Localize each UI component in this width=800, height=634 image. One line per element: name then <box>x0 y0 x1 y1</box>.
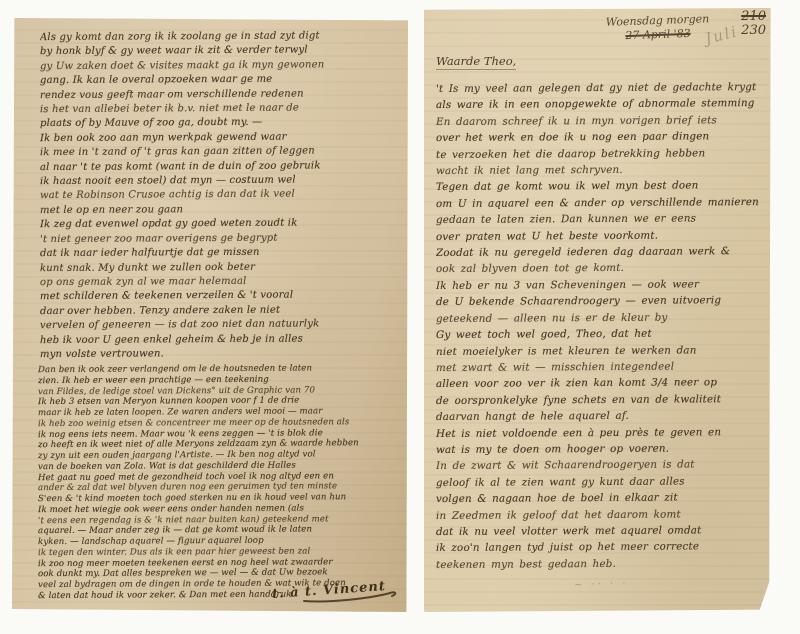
archive-number: 230 <box>741 24 766 38</box>
salutation: Waarde Theo, <box>436 54 516 70</box>
handwriting-line: In de zwart & wit Schaarendroogeryen is … <box>436 456 764 474</box>
handwriting-line: over het werk en doe ik u nog een paar d… <box>436 128 764 146</box>
handwriting-line: ook zal blyven doen tot ge komt. <box>436 259 764 277</box>
handwriting-line: teekenen myn best gedaan heb. <box>436 555 764 573</box>
handwriting-line: Tegen dat ge komt wou ik wel myn best do… <box>436 177 764 195</box>
handwriting-line: niet moeielyker is met kleuren te werken… <box>436 341 764 359</box>
handwriting-line: te verzoeken het die daarop betrekking h… <box>436 145 764 163</box>
handwriting-line: Gy weet toch wel goed, Theo, dat het <box>436 325 764 343</box>
handwriting-line: Het is niet voldoende een à peu près te … <box>436 424 764 442</box>
archive-number-crossed: 210 <box>741 10 766 24</box>
handwriting-line: volgen & nagaan hoe de boel in elkaar zi… <box>436 489 764 507</box>
handwriting-line: de U bekende Schaarendroogery — even uit… <box>436 292 764 310</box>
letter-scan: Als gy komt dan zorg ik ik zoolang ge in… <box>0 0 800 634</box>
archive-numbers: 210 230 <box>741 10 766 38</box>
handwriting-line: gang. Ik kan le overal opzoeken waar ge … <box>40 72 400 89</box>
handwriting-line: alleen voor zoo ver ik zien kan komt 3/4… <box>436 374 764 392</box>
dateline: Woensdag morgen 27 April '83 <box>606 12 710 44</box>
left-page-paragraph-2: Dan ben ik ook zeer verlangend om le de … <box>38 364 402 601</box>
handwriting-line: ik zoo'n langen tyd juist op het meer co… <box>436 538 764 556</box>
letter-page-right: 210 230 Juli Woensdag morgen 27 April '8… <box>424 8 772 612</box>
right-page-body: 't Is my veel aan gelegen dat gy niet de… <box>436 80 764 572</box>
pencil-footer-mark: ~ ·· · · <box>574 578 629 591</box>
handwriting-line: myn volste vertrouwen. <box>40 346 400 363</box>
handwriting-line: gedaan te laten zien. Dan kunnen we er e… <box>436 210 764 228</box>
handwriting-line: dat ik naar ieder halfuurtje dat ge miss… <box>40 245 400 262</box>
handwriting-line: in Zeedmen ik geloof dat het daarom komt <box>436 506 764 524</box>
handwriting-line: daarvan hangt de hele aquarel af. <box>436 407 764 425</box>
handwriting-line: als ware ik in een onopgewekte of abnorm… <box>436 95 764 113</box>
left-page-paragraph-1: Als gy komt dan zorg ik ik zoolang ge in… <box>40 30 400 361</box>
handwriting-line: vervelen of geneeren — is dat zoo niet d… <box>40 317 400 334</box>
letter-page-left: Als gy komt dan zorg ik ik zoolang ge in… <box>12 18 408 612</box>
